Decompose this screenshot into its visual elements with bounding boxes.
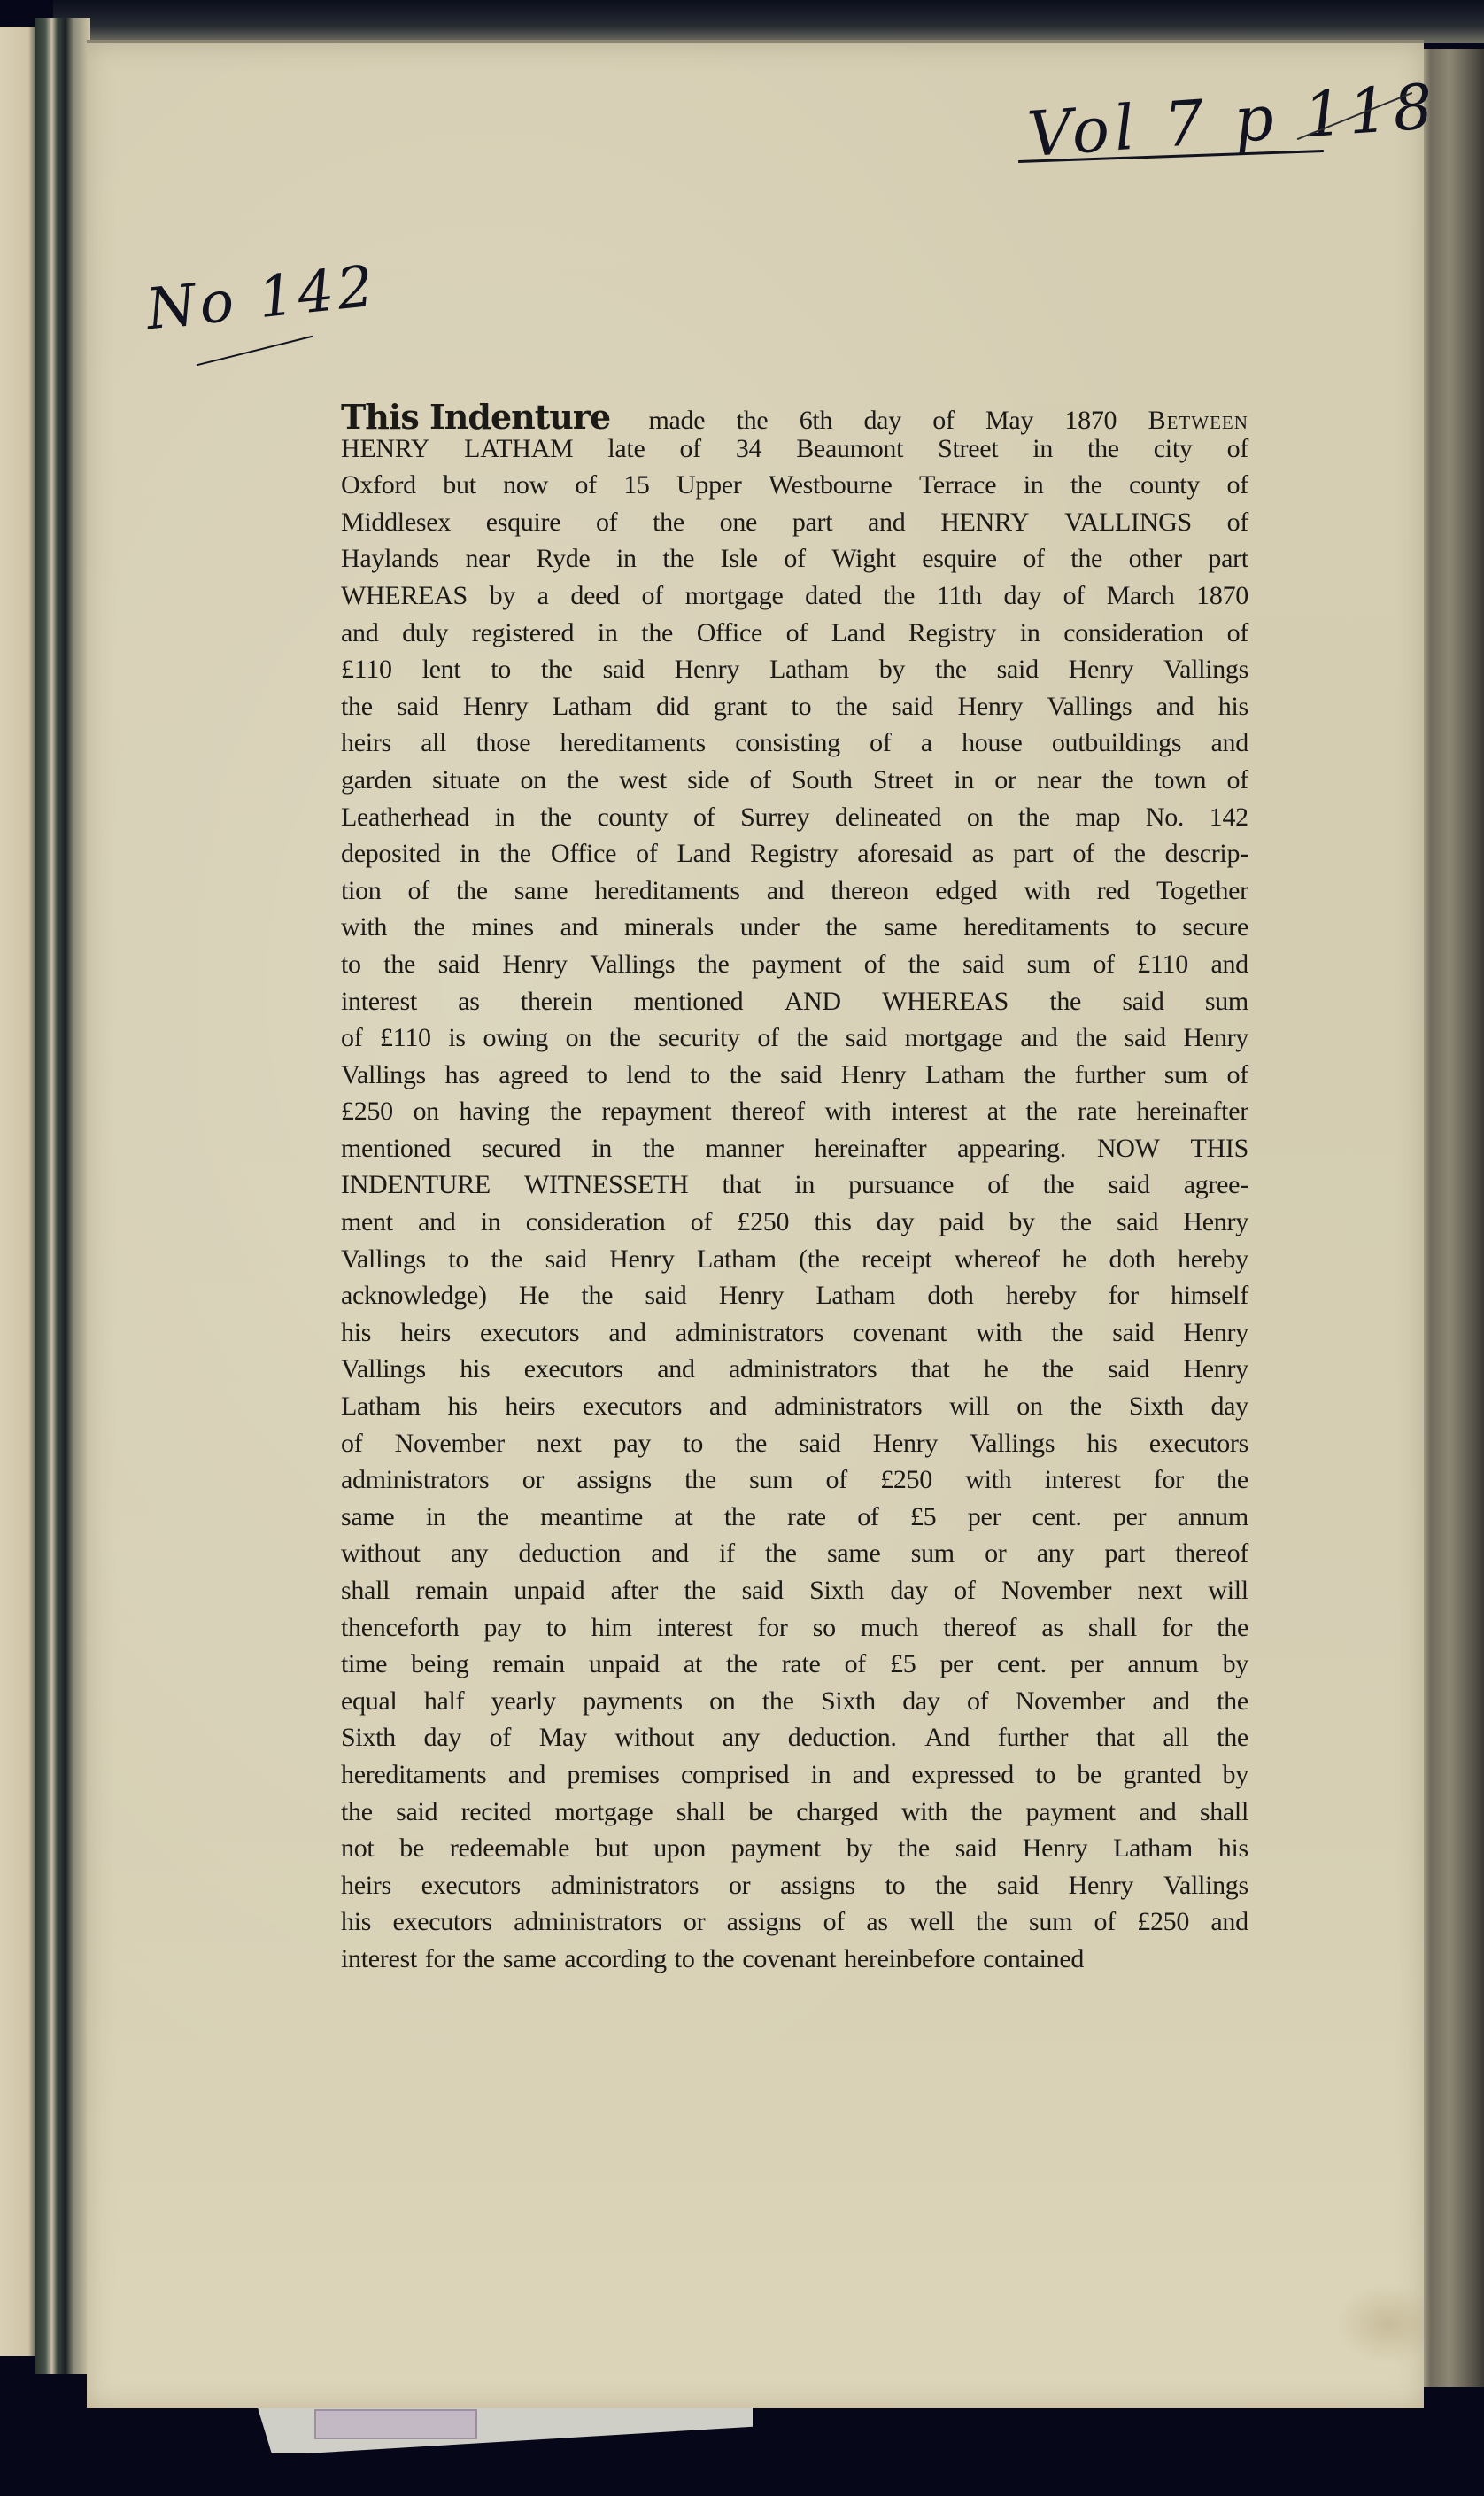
word: payments <box>583 1686 683 1717</box>
word: Between <box>1148 406 1248 436</box>
word: by <box>1009 1207 1034 1237</box>
word: the <box>1075 1023 1107 1053</box>
word: Latham <box>341 1391 421 1422</box>
word: of <box>596 508 617 538</box>
word: yearly <box>491 1686 556 1717</box>
deed-line: interestasthereinmentionedANDWHEREASthes… <box>341 987 1248 1024</box>
word: meantime <box>540 1502 643 1532</box>
word: of <box>679 434 700 464</box>
word: the <box>684 1465 716 1495</box>
word: the <box>550 1097 582 1127</box>
word: and <box>767 876 804 906</box>
word: the <box>726 1649 758 1679</box>
deed-line: This Indenturemadethe6thdayofMay1870Betw… <box>341 397 1248 434</box>
word: interest <box>1045 1465 1121 1495</box>
word: said <box>1117 1207 1158 1237</box>
word: Upper <box>676 470 741 500</box>
word: without <box>341 1539 421 1569</box>
word: and <box>1152 1686 1189 1717</box>
word: Office <box>697 618 762 648</box>
deed-line: heirsallthosehereditamentsconsistingofah… <box>341 728 1248 765</box>
deed-line: SixthdayofMaywithoutanydeduction.Andfurt… <box>341 1723 1248 1760</box>
word: the <box>341 1797 373 1827</box>
word: consideration <box>1063 618 1203 648</box>
word: the <box>1217 1465 1248 1495</box>
word: having <box>460 1097 530 1127</box>
word: and <box>508 1760 545 1790</box>
word: to <box>491 655 511 685</box>
word: the <box>724 1502 756 1532</box>
word: said <box>742 1576 784 1606</box>
word: covenant <box>742 1944 836 1974</box>
word: of <box>1072 839 1094 869</box>
word: Street <box>938 434 998 464</box>
word: he <box>984 1354 1009 1384</box>
word: by <box>1223 1760 1248 1790</box>
word: to <box>1035 1760 1055 1790</box>
word: sum <box>911 1539 955 1569</box>
word: on <box>566 1023 591 1053</box>
word: May <box>985 406 1033 436</box>
word: the <box>825 912 857 942</box>
word: charged <box>796 1797 877 1827</box>
word: has <box>445 1060 480 1090</box>
word: if <box>719 1539 735 1569</box>
word: thereof <box>943 1613 1016 1643</box>
word: hereby <box>1006 1281 1077 1311</box>
word: WHEREAS <box>341 581 468 611</box>
word: unpaid <box>514 1576 584 1606</box>
word: premises <box>567 1760 659 1790</box>
word: cent. <box>997 1649 1047 1679</box>
word: the <box>653 508 684 538</box>
deed-line: WHEREASbyadeedofmortgagedatedthe11thdayo… <box>341 581 1248 618</box>
word: at <box>674 1502 692 1532</box>
word: in <box>495 802 515 833</box>
word: the <box>762 1686 794 1717</box>
word: same <box>827 1539 880 1569</box>
word: AND <box>785 987 841 1017</box>
word: executors <box>421 1871 521 1901</box>
word: Vallings <box>341 1354 426 1384</box>
word: city <box>1154 434 1193 464</box>
word: of <box>845 1649 866 1679</box>
word: heirs <box>400 1318 451 1348</box>
word: payment <box>731 1833 821 1864</box>
word: part <box>1013 839 1053 869</box>
word: payment <box>752 950 841 980</box>
word: the <box>1217 1613 1248 1643</box>
word: No. <box>1146 802 1184 833</box>
word: dated <box>805 581 861 611</box>
word: said <box>1125 1023 1166 1053</box>
word: day <box>902 1686 939 1717</box>
word: £110 <box>1137 950 1188 980</box>
word: He <box>519 1281 549 1311</box>
deed-line: tothesaidHenryVallingsthepaymentofthesai… <box>341 950 1248 987</box>
word: Together <box>1156 876 1248 906</box>
deed-line: timebeingremainunpaidattherateof£5percen… <box>341 1649 1248 1686</box>
word: South <box>792 765 853 795</box>
word: well <box>909 1907 954 1937</box>
word: with <box>341 912 387 942</box>
word: hereinafter <box>1136 1097 1248 1127</box>
word: said <box>645 1281 686 1311</box>
word: in <box>811 1760 831 1790</box>
word: interest <box>657 1613 733 1643</box>
word: as <box>1041 1613 1063 1643</box>
word: agree- <box>1184 1170 1248 1200</box>
word: in <box>598 618 618 648</box>
word: the <box>456 876 488 906</box>
word: the <box>1087 434 1119 464</box>
word: comprised <box>681 1760 789 1790</box>
word: of <box>826 1465 847 1495</box>
word: £250 <box>737 1207 789 1237</box>
word: LATHAM <box>464 434 573 464</box>
word: said <box>603 655 645 685</box>
word: outbuildings <box>1052 728 1181 758</box>
word: Henry <box>1023 1833 1087 1864</box>
word: his <box>1086 1429 1117 1459</box>
word: by <box>879 655 905 685</box>
word: mortgage <box>905 1023 1003 1053</box>
word: covenant <box>853 1318 947 1348</box>
word: now <box>503 470 548 500</box>
word: of <box>1023 544 1044 574</box>
word: his <box>460 1354 490 1384</box>
word: the <box>491 1244 522 1275</box>
word: the <box>970 1797 1002 1827</box>
word: be <box>1077 1760 1101 1790</box>
word: after <box>611 1576 658 1606</box>
word: said <box>545 1244 587 1275</box>
word: his <box>1218 692 1248 722</box>
word: and <box>608 1318 645 1348</box>
word: pursuance <box>848 1170 954 1200</box>
word: he <box>1062 1244 1086 1275</box>
deed-line: withtheminesandmineralsunderthesamehered… <box>341 912 1248 950</box>
word: the <box>541 655 573 685</box>
word: the <box>796 1023 828 1053</box>
word: said <box>780 1060 822 1090</box>
word: same <box>503 1944 556 1974</box>
word: the <box>567 765 599 795</box>
word: by <box>846 1833 872 1864</box>
word: but <box>443 470 475 500</box>
word: of <box>1094 1907 1116 1937</box>
word: of <box>870 728 891 758</box>
word: and <box>560 912 598 942</box>
word: annum <box>1178 1502 1248 1532</box>
word: side <box>687 765 729 795</box>
word: for <box>758 1613 788 1643</box>
word: shall <box>676 1797 725 1827</box>
word: Isle <box>721 544 758 574</box>
word: mortgage <box>685 581 784 611</box>
word: sum <box>749 1465 792 1495</box>
word: hereby <box>1178 1244 1248 1275</box>
word: any <box>723 1723 760 1753</box>
word: Beaumont <box>796 434 903 464</box>
word: situate <box>432 765 499 795</box>
word: his <box>341 1318 371 1348</box>
word: Westbourne <box>769 470 893 500</box>
word: said <box>846 1023 887 1053</box>
word: Land <box>831 618 885 648</box>
word: Registry <box>908 618 996 648</box>
word: town <box>1154 765 1206 795</box>
word: the <box>643 1134 675 1164</box>
word: the <box>414 912 445 942</box>
word: Street <box>873 765 933 795</box>
word: day <box>424 1723 461 1753</box>
word: hereditaments <box>560 728 706 758</box>
word: himself <box>1171 1281 1248 1311</box>
word: granted <box>1123 1760 1201 1790</box>
word: the <box>935 1871 967 1901</box>
word: per <box>968 1502 1001 1532</box>
word: Henry <box>463 692 528 722</box>
word: the <box>1114 839 1146 869</box>
word: Haylands <box>341 544 439 574</box>
word: to <box>1136 912 1156 942</box>
word: of <box>954 1576 975 1606</box>
word: near <box>465 544 509 574</box>
word: sum <box>1027 950 1070 980</box>
word: shall <box>341 1576 390 1606</box>
word: to <box>885 1871 906 1901</box>
word: for <box>1162 1613 1192 1643</box>
word: to <box>792 692 812 722</box>
word: being <box>411 1649 468 1679</box>
word: as <box>866 1907 887 1937</box>
word: the <box>581 1281 613 1311</box>
word: in <box>426 1502 446 1532</box>
word: the <box>737 406 769 436</box>
deed-line: depositedintheOfficeofLandRegistryafores… <box>341 839 1248 876</box>
deed-line: Vallingshisexecutorsandadministratorstha… <box>341 1354 1248 1391</box>
word: Henry <box>675 655 739 685</box>
word: per <box>1070 1649 1103 1679</box>
word: of <box>1093 950 1114 980</box>
deed-line: equalhalfyearlypaymentsontheSixthdayofNo… <box>341 1686 1248 1724</box>
word: manner <box>706 1134 784 1164</box>
word: late <box>607 434 645 464</box>
word: esquire <box>486 508 561 538</box>
word: the <box>976 1907 1008 1937</box>
word: or <box>684 1907 705 1937</box>
word: Latham <box>1113 1833 1193 1864</box>
previous-page-edge <box>0 27 35 2356</box>
word: to <box>690 1060 710 1090</box>
word: of <box>857 1502 878 1532</box>
word: of <box>784 544 805 574</box>
word: day <box>890 1576 927 1606</box>
word: deed <box>570 581 619 611</box>
blackletter-opening: This Indenture <box>341 397 610 437</box>
word: Henry <box>1183 1207 1248 1237</box>
word: with <box>1024 876 1070 906</box>
word: west <box>619 765 667 795</box>
word: according <box>564 1944 667 1974</box>
deed-line: £250onhavingtherepaymentthereofwithinter… <box>341 1097 1248 1134</box>
word: that <box>911 1354 950 1384</box>
word: sum <box>1164 1060 1208 1090</box>
word: of <box>408 876 429 906</box>
word: be <box>399 1833 424 1864</box>
word: said <box>997 655 1039 685</box>
deed-line: of£110isowingonthesecurityofthesaidmortg… <box>341 1023 1248 1060</box>
word: and <box>1020 1023 1057 1053</box>
word: appearing. <box>957 1134 1066 1164</box>
word: day <box>863 406 900 436</box>
word: Office <box>551 839 616 869</box>
deed-line: £110lenttothesaidHenryLathambythesaidHen… <box>341 655 1248 692</box>
word: Henry <box>958 692 1023 722</box>
word: on <box>413 1097 438 1127</box>
word: the <box>935 655 967 685</box>
word: the <box>703 1944 735 1974</box>
word: remain <box>416 1576 489 1606</box>
word: other <box>1129 544 1182 574</box>
word: him <box>591 1613 632 1643</box>
word: in <box>591 1134 612 1164</box>
word: on <box>1016 1391 1042 1422</box>
deed-line: anddulyregisteredintheOfficeofLandRegist… <box>341 618 1248 655</box>
word: Vallings <box>970 1429 1055 1459</box>
word: of <box>636 839 657 869</box>
paper-stain <box>1335 2284 1441 2364</box>
word: day <box>877 1207 914 1237</box>
word: tion <box>341 876 381 906</box>
word: same <box>884 912 937 942</box>
deed-line: hisexecutorsadministratorsorassignsofasw… <box>341 1907 1248 1944</box>
word: of <box>341 1429 362 1459</box>
word: recited <box>461 1797 532 1827</box>
deed-line: HENRYLATHAMlateof34BeaumontStreetintheci… <box>341 434 1248 471</box>
word: the <box>1070 470 1102 500</box>
word: (the <box>799 1244 839 1275</box>
word: Terrace <box>919 470 996 500</box>
deed-line: withoutanydeductionandifthesamesumoranyp… <box>341 1539 1248 1576</box>
word: INDENTURE <box>341 1170 491 1200</box>
word: administrators <box>729 1354 877 1384</box>
word: rate <box>782 1649 821 1679</box>
word: executors <box>583 1391 682 1422</box>
word: a <box>537 581 549 611</box>
word: of <box>693 802 715 833</box>
word: in <box>1032 434 1053 464</box>
deed-line: hisheirsexecutorsandadministratorscovena… <box>341 1318 1248 1355</box>
word: registered <box>472 618 574 648</box>
word: without <box>614 1723 694 1753</box>
word: NOW <box>1097 1134 1160 1164</box>
word: £5 <box>910 1502 936 1532</box>
word: county <box>1129 470 1200 500</box>
word: hereinafter <box>815 1134 927 1164</box>
deed-line: thesaidHenryLathamdidgranttothesaidHenry… <box>341 692 1248 729</box>
word: assigns <box>780 1871 855 1901</box>
revenue-stamp <box>314 2409 477 2439</box>
word: Land <box>677 839 730 869</box>
word: near <box>1037 765 1081 795</box>
word: the <box>684 1576 715 1606</box>
word: said <box>438 950 480 980</box>
deed-line: VallingstothesaidHenryLatham(thereceiptw… <box>341 1244 1248 1282</box>
word: Henry <box>502 950 567 980</box>
word: HENRY <box>341 434 429 464</box>
word: the <box>1018 802 1050 833</box>
word: 1870 <box>1064 406 1117 436</box>
word: in <box>794 1170 815 1200</box>
word: Wight <box>831 544 895 574</box>
word: is <box>448 1023 465 1053</box>
deed-line: heirsexecutorsadministratorsorassignstot… <box>341 1871 1248 1908</box>
deed-text-block: This Indenturemadethe6thdayofMay1870Betw… <box>341 397 1248 1981</box>
word: said <box>1122 987 1163 1017</box>
deed-line: Oxfordbutnowof15UpperWestbourneTerracein… <box>341 470 1248 508</box>
word: the <box>1051 1318 1083 1348</box>
word: doth <box>1109 1244 1156 1275</box>
word: in <box>954 765 974 795</box>
word: administrators <box>514 1907 661 1937</box>
word: and <box>1210 1907 1248 1937</box>
word: of <box>341 1023 362 1053</box>
word: owing <box>483 1023 548 1053</box>
word: deduction. <box>788 1723 897 1753</box>
word: £250 <box>880 1465 932 1495</box>
word: thereon <box>831 876 908 906</box>
deed-line: shallremainunpaidafterthesaidSixthdayofN… <box>341 1576 1248 1613</box>
word: per <box>1113 1502 1146 1532</box>
word: on <box>967 802 993 833</box>
word: May <box>539 1723 587 1753</box>
word: or <box>729 1871 750 1901</box>
word: the <box>908 950 940 980</box>
word: shall <box>1088 1613 1137 1643</box>
word: the <box>477 1502 509 1532</box>
word: and <box>1139 1797 1176 1827</box>
word: of <box>490 1723 511 1753</box>
word: Vallings <box>341 1244 426 1275</box>
word: payment <box>1026 1797 1116 1827</box>
word: the <box>662 544 694 574</box>
word: same <box>514 876 568 906</box>
word: to <box>546 1613 567 1643</box>
word: Latham <box>815 1281 895 1311</box>
word: Henry <box>1183 1023 1248 1053</box>
word: day <box>1004 581 1041 611</box>
deed-line: INDENTUREWITNESSETHthatinpursuanceofthes… <box>341 1170 1248 1207</box>
word: hereditaments <box>594 876 739 906</box>
word: the <box>1049 987 1081 1017</box>
deed-line: thesaidrecitedmortgageshallbechargedwith… <box>341 1797 1248 1834</box>
word: of <box>1227 618 1248 648</box>
word: thereof <box>731 1097 805 1127</box>
word: the <box>1060 1207 1092 1237</box>
word: his <box>1218 1833 1248 1864</box>
word: of <box>575 470 596 500</box>
word: to <box>448 1244 468 1275</box>
word: garden <box>341 765 412 795</box>
word: and <box>853 1760 890 1790</box>
word: interest <box>341 1944 417 1974</box>
word: to <box>587 1060 607 1090</box>
word: £110 <box>380 1023 431 1053</box>
word: Henry <box>1183 1318 1248 1348</box>
word: next <box>537 1429 581 1459</box>
